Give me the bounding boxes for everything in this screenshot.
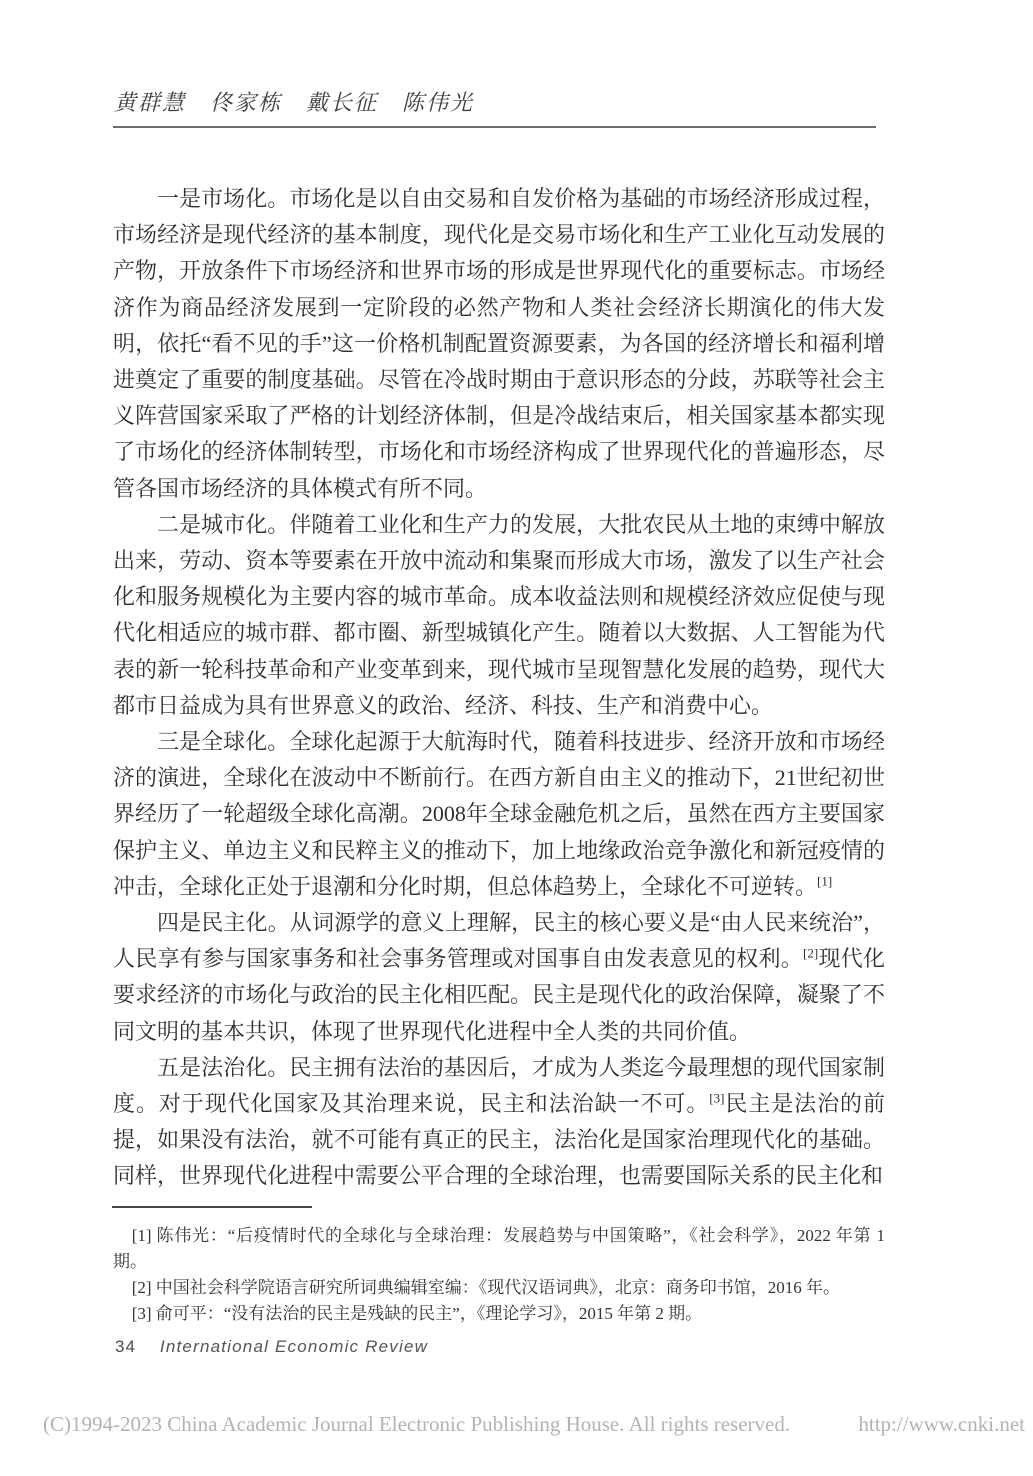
footnote-ref: [2] (803, 946, 818, 961)
header-divider (113, 126, 876, 128)
page-number: 34 (115, 1337, 136, 1357)
body-paragraph: 二是城市化。伴随着工业化和生产力的发展，大批农民从土地的束缚中解放出来，劳动、资… (113, 507, 885, 724)
body-paragraph: 三是全球化。全球化起源于大航海时代，随着科技进步、经济开放和市场经济的演进，全球… (113, 724, 885, 905)
footnote: [2] 中国社会科学院语言研究所词典编辑室编：《现代汉语词典》，北京：商务印书馆… (113, 1275, 885, 1301)
body-paragraph: 四是民主化。从词源学的意义上理解，民主的核心要义是“由人民来统治”，人民享有参与… (113, 905, 885, 1050)
author-name: 陈伟光 (402, 86, 474, 117)
footnote-ref: [1] (817, 874, 832, 889)
article-body: 一是市场化。市场化是以自由交易和自发价格为基础的市场经济形成过程，市场经济是现代… (113, 181, 885, 1195)
footnote: [3] 俞可平：“没有法治的民主是残缺的民主”，《理论学习》，2015 年第 2… (113, 1301, 885, 1327)
footnote-divider (112, 1206, 312, 1208)
journal-name: International Economic Review (160, 1337, 428, 1357)
footnotes-section: [1] 陈伟光：“后疫情时代的全球化与全球治理：发展趋势与中国策略”，《社会科学… (113, 1223, 885, 1327)
body-paragraph: 一是市场化。市场化是以自由交易和自发价格为基础的市场经济形成过程，市场经济是现代… (113, 181, 885, 507)
page-footer: 34 International Economic Review (115, 1337, 428, 1357)
body-paragraph: 五是法治化。民主拥有法治的基因后，才成为人类迄今最理想的现代国家制度。对于现代化… (113, 1050, 885, 1195)
copyright-watermark: (C)1994-2023 China Academic Journal Elec… (43, 1412, 1025, 1437)
author-name: 黄群慧 (114, 86, 186, 117)
footnote: [1] 陈伟光：“后疫情时代的全球化与全球治理：发展趋势与中国策略”，《社会科学… (113, 1223, 885, 1275)
document-page: 黄群慧佟家栋戴长征陈伟光 一是市场化。市场化是以自由交易和自发价格为基础的市场经… (0, 0, 1033, 1476)
cnki-url: http://www.cnki.net (858, 1412, 1025, 1437)
author-name: 戴长征 (306, 86, 378, 117)
copyright-text: (C)1994-2023 China Academic Journal Elec… (43, 1412, 790, 1437)
header-authors: 黄群慧佟家栋戴长征陈伟光 (114, 86, 474, 117)
footnote-ref: [3] (709, 1091, 724, 1106)
author-name: 佟家栋 (210, 86, 282, 117)
